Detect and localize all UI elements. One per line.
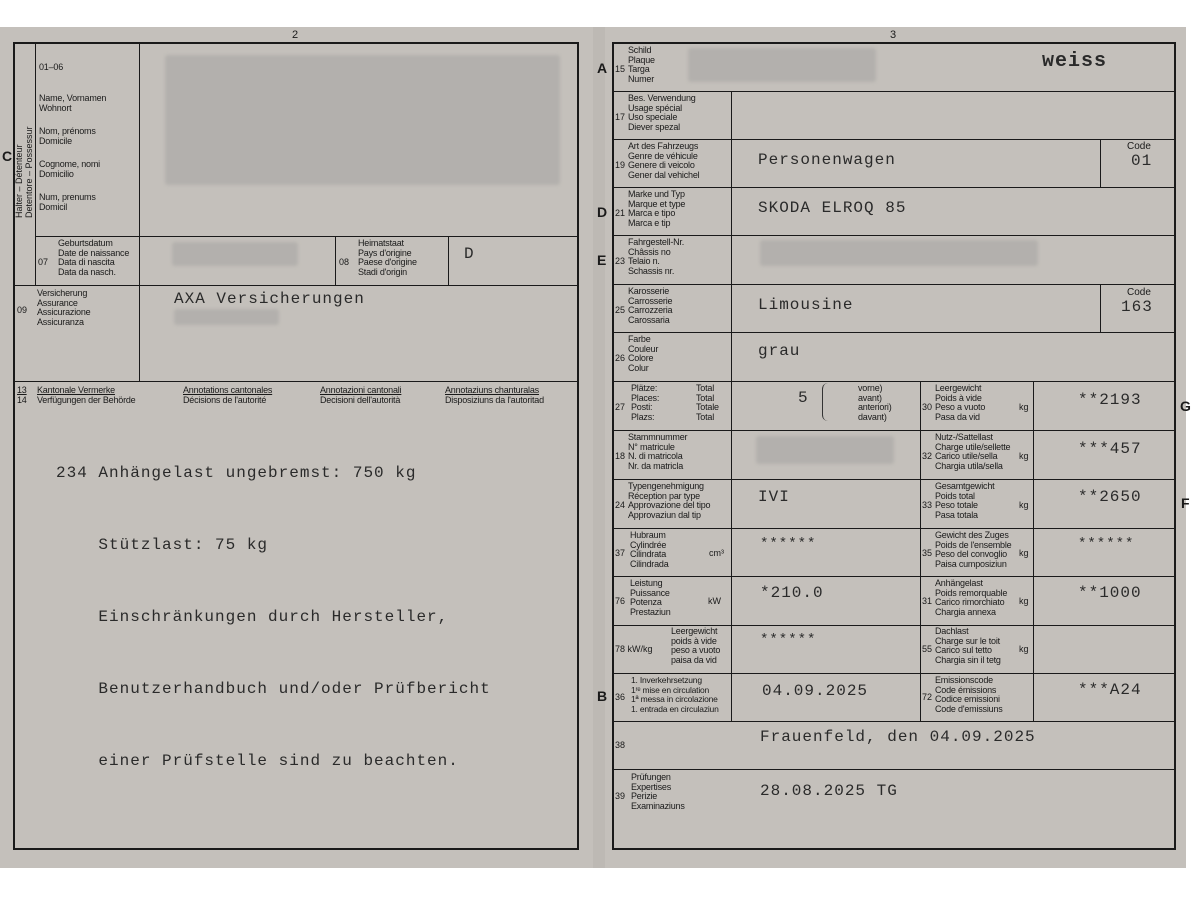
field-55-label: DachlastCharge sur le toitCarico sul tet… [935,627,1001,665]
holder-vertical-title-1: Halter – Détenteur [15,144,24,218]
field-76-number: 76 [615,596,625,606]
field-33-label: GesamtgewichtPoids totalPeso totalePasa … [935,482,994,520]
field-17-label: Bes. VerwendungUsage spécialUso speciale… [628,94,696,132]
field-09-number: 09 [17,305,27,315]
divider [139,285,140,382]
document-fold [593,27,605,868]
field-23-label: Fahrgestell-Nr.Châssis noTelaio n.Schass… [628,238,684,276]
field-21-label: Marke und TypMarque et typeMarca e tipoM… [628,190,685,228]
field-35-label: Gewicht des ZugesPoids de l'ensemblePeso… [935,531,1011,569]
field-37-unit: cm³ [709,548,724,558]
field-24-number: 24 [615,500,625,510]
brace-icon [822,383,830,421]
field-31-value: **1000 [1078,584,1142,602]
divider [14,285,578,286]
divider [613,769,1175,770]
field-08-number: 08 [339,257,349,267]
field-33-number: 33 [922,500,932,510]
divider [613,284,1175,285]
field-36-value: 04.09.2025 [762,682,868,700]
field-25-value: Limousine [758,296,853,314]
field-18-number: 18 [615,451,625,461]
holder-label-de: Name, VornamenWohnort [39,94,106,113]
plate-color-value: weiss [1042,50,1107,73]
field-78-number: 78 kW/kg [615,644,653,654]
field-07-label: GeburtsdatumDate de naissanceData di nas… [58,239,129,277]
field-19-code-label: Code [1127,141,1151,152]
field-19-code: 01 [1131,152,1152,170]
field-37-number: 37 [615,548,625,558]
divider [35,43,36,286]
divider [1100,284,1101,332]
field-range-label: 01–06 [39,63,63,73]
field-17-number: 17 [615,112,625,122]
field-27-front-label: vorne)avant)anteriori)davant) [858,384,892,422]
field-13-14-header-de: Kantonale VermerkeVerfügungen der Behörd… [37,386,135,405]
divider [448,236,449,286]
field-13-14-header-rm: Annotaziuns chanturalasDisposiziuns da l… [445,386,544,405]
divider [613,381,1175,382]
field-39-number: 39 [615,791,625,801]
field-19-number: 19 [615,160,625,170]
divider [613,721,1175,722]
field-15-number: 15 [615,64,625,74]
divider [613,576,1175,577]
field-76-unit: kW [708,596,721,606]
master-number-redacted [756,436,894,464]
divider [1100,139,1101,187]
field-32-number: 32 [922,451,932,461]
section-letter-a: A [597,60,607,76]
cantonal-remarks: 234 Anhängelast ungebremst: 750 kg Stütz… [56,413,491,797]
divider [335,236,336,286]
field-07-number: 07 [38,257,48,267]
field-36-label: 1. Inverkehrsetzung1ʳᵉ mise en circulati… [631,676,719,714]
field-15-label: SchildPlaqueTargaNumer [628,46,655,84]
field-24-label: TypengenehmigungRéception par typeApprov… [628,482,710,520]
side-letter-g: G [1180,398,1191,414]
section-letter-c: C [2,148,12,164]
field-38-number: 38 [615,740,625,750]
divider [613,673,1175,674]
field-76-label: LeistungPuissancePotenzaPrestaziun [630,579,671,617]
field-19-value: Personenwagen [758,151,896,169]
field-09-label: VersicherungAssuranceAssicurazioneAssicu… [37,289,90,327]
field-21-value: SKODA ELROQ 85 [758,199,906,217]
field-27-value: 5 [798,389,809,407]
field-19-label: Art des FahrzeugsGenre de véhiculeGenere… [628,142,699,180]
field-76-value: *210.0 [760,584,824,602]
field-30-value: **2193 [1078,391,1142,409]
field-08-label: HeimatstaatPays d'originePaese d'origine… [358,239,417,277]
field-31-label: AnhängelastPoids remorquableCarico rimor… [935,579,1007,617]
divider [14,381,578,382]
field-38-value: Frauenfeld, den 04.09.2025 [760,728,1036,746]
field-08-value: D [464,245,475,263]
divider [613,187,1175,188]
divider [613,139,1175,140]
section-letter-b: B [597,688,607,704]
field-30-unit: kg [1019,402,1029,412]
field-78-value: ****** [760,632,816,648]
divider [613,91,1175,92]
field-13-14-header-it: Annotazioni cantonaliDecisioni dell'auto… [320,386,401,405]
field-32-value: ***457 [1078,440,1142,458]
field-21-number: 21 [615,208,625,218]
divider [1033,381,1034,722]
field-35-number: 35 [922,548,932,558]
divider [613,332,1175,333]
field-35-value: ****** [1078,536,1134,552]
plate-number-redacted [688,48,876,82]
field-27-label: Plätze:Places:Posti:Plazs: [631,384,659,422]
field-27-number: 27 [615,402,625,412]
field-78-label: Leergewichtpoids à videpeso a vuotopaisa… [671,627,720,665]
side-letter-f: F [1181,495,1190,511]
page-number-left: 2 [292,29,298,41]
field-23-number: 23 [615,256,625,266]
holder-label-rm: Num, prenumsDomicil [39,193,96,212]
divider [613,235,1175,236]
field-31-number: 31 [922,596,932,606]
field-33-value: **2650 [1078,488,1142,506]
field-37-value: ****** [760,536,816,552]
field-35-unit: kg [1019,548,1029,558]
holder-label-fr: Nom, prénomsDomicile [39,127,96,146]
section-letter-e: E [597,252,606,268]
chassis-number-redacted [760,240,1038,266]
field-72-value: ***A24 [1078,681,1142,699]
section-letter-d: D [597,204,607,220]
insurance-number-redacted [174,309,279,325]
field-37-label: HubraumCylindréeCilindrataCilindrada [630,531,669,569]
field-26-value: grau [758,342,800,360]
divider [35,236,578,237]
field-39-label: PrüfungenExpertisesPerizieExaminaziuns [631,773,685,811]
field-32-label: Nutz-/SattellastCharge utile/selletteCar… [935,433,1010,471]
field-72-number: 72 [922,692,932,702]
field-31-unit: kg [1019,596,1029,606]
page-number-right: 3 [890,29,896,41]
field-30-label: LeergewichtPoids à videPeso a vuotoPasa … [935,384,985,422]
field-27-total-label: TotalTotalTotaleTotal [696,384,719,422]
field-09-value: AXA Versicherungen [174,290,365,308]
field-72-label: EmissionscodeCode émissionsCodice emissi… [935,676,1003,714]
divider [613,528,1175,529]
holder-name-redacted [165,55,560,185]
field-55-number: 55 [922,644,932,654]
divider [920,381,921,722]
field-13-14-numbers: 1314 [17,386,27,405]
birthdate-redacted [172,242,298,266]
field-18-label: StammnummerN° matriculeN. di matricolaNr… [628,433,687,471]
divider [139,43,140,286]
field-30-number: 30 [922,402,932,412]
field-24-value: IVI [758,488,790,506]
field-26-label: FarbeCouleurColoreColur [628,335,658,373]
holder-vertical-title-2: Detentore – Possessur [25,126,34,218]
divider [613,430,1175,431]
field-36-number: 36 [615,692,625,702]
holder-label-it: Cognome, nomiDomicilio [39,160,100,179]
field-33-unit: kg [1019,500,1029,510]
field-55-unit: kg [1019,644,1029,654]
divider [613,479,1175,480]
field-13-14-header-fr: Annotations cantonalesDécisions de l'aut… [183,386,272,405]
field-25-label: KarosserieCarrosserieCarrozzeriaCarossar… [628,287,672,325]
field-32-unit: kg [1019,451,1029,461]
field-25-code: 163 [1121,298,1153,316]
field-25-number: 25 [615,305,625,315]
field-25-code-label: Code [1127,287,1151,298]
field-26-number: 26 [615,353,625,363]
field-39-value: 28.08.2025 TG [760,782,898,800]
